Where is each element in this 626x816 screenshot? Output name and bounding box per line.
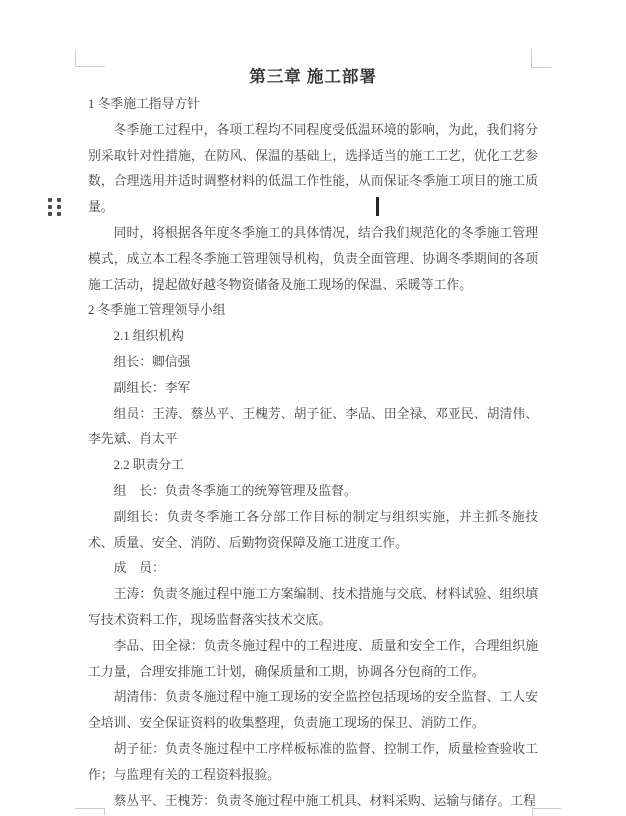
paragraph: 2 冬季施工管理领导小组 bbox=[88, 298, 538, 324]
drag-handle-dot bbox=[57, 212, 61, 216]
paragraph: 胡子征：负责冬施过程中工序样板标准的监督、控制工作，质量检查验收工作；与监理有关… bbox=[88, 737, 538, 789]
paragraph: 王涛：负责冬施过程中施工方案编制、技术措施与交底、材料试验、组织填写技术资料工作… bbox=[88, 582, 538, 634]
drag-handle-dot bbox=[48, 198, 52, 202]
document-page[interactable]: 第三章 施工部署 1 冬季施工指导方针冬季施工过程中，各项工程均不同程度受低温环… bbox=[0, 0, 626, 816]
drag-handle-dot bbox=[48, 205, 52, 209]
paragraph: 成 员： bbox=[88, 556, 538, 582]
drag-handle-dot bbox=[57, 205, 61, 209]
paragraph: 胡清伟：负责冬施过程中施工现场的安全监控包括现场的安全监督、工人安全培训、安全保… bbox=[88, 685, 538, 737]
paragraph: 组长：卿信强 bbox=[88, 350, 538, 376]
paragraph: 副组长：李军 bbox=[88, 376, 538, 402]
paragraph: 2.1 组织机构 bbox=[88, 324, 538, 350]
paragraph: 副组长：负责冬季施工各分部工作目标的制定与组织实施，并主抓冬施技术、质量、安全、… bbox=[88, 505, 538, 557]
drag-handle-dot bbox=[48, 212, 52, 216]
document-body: 1 冬季施工指导方针冬季施工过程中，各项工程均不同程度受低温环境的影响，为此，我… bbox=[88, 92, 538, 814]
paragraph: 冬季施工过程中，各项工程均不同程度受低温环境的影响，为此，我们将分别采取针对性措… bbox=[88, 118, 538, 221]
paragraph: 2.2 职责分工 bbox=[88, 453, 538, 479]
chapter-title: 第三章 施工部署 bbox=[88, 64, 538, 90]
document-content: 第三章 施工部署 1 冬季施工指导方针冬季施工过程中，各项工程均不同程度受低温环… bbox=[88, 64, 538, 814]
paragraph: 蔡丛平、王槐芳：负责冬施过程中施工机具、材料采购、运输与储存。工程 bbox=[88, 789, 538, 815]
paragraph: 李品、田全禄：负责冬施过程中的工程进度、质量和安全工作，合理组织施工力量，合理安… bbox=[88, 634, 538, 686]
drag-handle-dot bbox=[57, 198, 61, 202]
paragraph: 同时，将根据各年度冬季施工的具体情况，结合我们规范化的冬季施工管理模式，成立本工… bbox=[88, 221, 538, 298]
paragraph: 组 长：负责冬季施工的统筹管理及监督。 bbox=[88, 479, 538, 505]
paragraph: 组员：王涛、蔡丛平、王槐芳、胡子征、李品、田全禄、邓亚民、胡清伟、李先斌、肖太平 bbox=[88, 402, 538, 454]
drag-handle-icon[interactable] bbox=[48, 198, 61, 216]
paragraph: 1 冬季施工指导方针 bbox=[88, 92, 538, 118]
